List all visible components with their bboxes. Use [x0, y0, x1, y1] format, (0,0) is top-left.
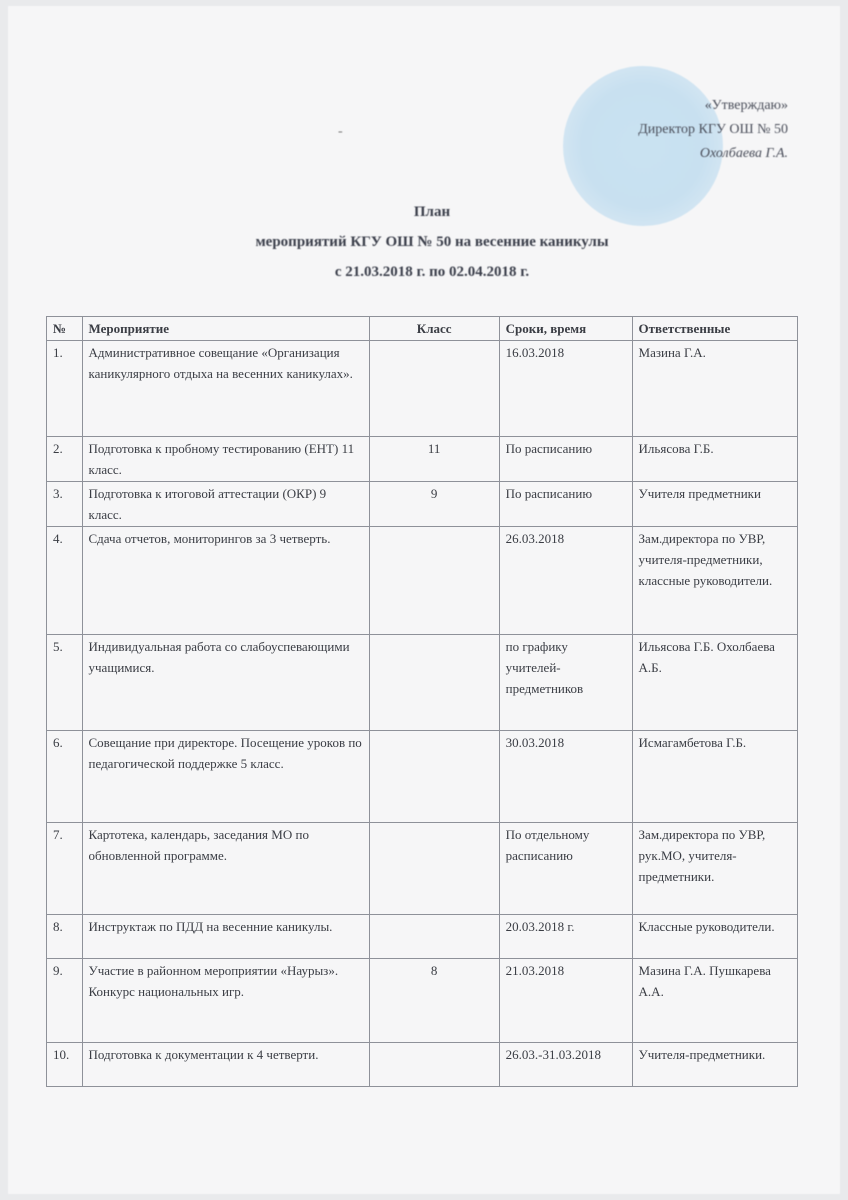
table-row: 6.Совещание при директоре. Посещение уро… [47, 731, 798, 823]
header-class: Класс [369, 317, 499, 341]
document-title: План [8, 204, 848, 221]
row-number: 4. [47, 527, 83, 635]
row-event: Индивидуальная работа со слабоуспевающим… [82, 635, 369, 731]
row-number: 9. [47, 959, 83, 1043]
row-date: 26.03.-31.03.2018 [499, 1043, 632, 1087]
approval-line-3: Охолбаева Г.А. [548, 142, 788, 166]
document-subtitle: мероприятий КГУ ОШ № 50 на весенние кани… [8, 234, 848, 251]
approval-block: «Утверждаю» Директор КГУ ОШ № 50 Охолбае… [548, 94, 788, 166]
document-date-range: с 21.03.2018 г. по 02.04.2018 г. [8, 264, 848, 281]
row-event: Сдача отчетов, мониторингов за 3 четверт… [82, 527, 369, 635]
row-class: 8 [369, 959, 499, 1043]
row-number: 6. [47, 731, 83, 823]
table-row: 4.Сдача отчетов, мониторингов за 3 четве… [47, 527, 798, 635]
row-class [369, 341, 499, 437]
row-responsible: Исмагамбетова Г.Б. [632, 731, 797, 823]
row-event: Административное совещание «Организация … [82, 341, 369, 437]
row-responsible: Учителя предметники [632, 482, 797, 527]
row-date: по графику учителей-предметников [499, 635, 632, 731]
row-date: 20.03.2018 г. [499, 915, 632, 959]
table-row: 1.Административное совещание «Организаци… [47, 341, 798, 437]
row-date: 30.03.2018 [499, 731, 632, 823]
row-class [369, 635, 499, 731]
row-event: Участие в районном мероприятии «Наурыз».… [82, 959, 369, 1043]
row-date: По расписанию [499, 437, 632, 482]
row-event: Инструктаж по ПДД на весенние каникулы. [82, 915, 369, 959]
row-responsible: Мазина Г.А. Пушкарева А.А. [632, 959, 797, 1043]
row-number: 10. [47, 1043, 83, 1087]
table-row: 8.Инструктаж по ПДД на весенние каникулы… [47, 915, 798, 959]
row-number: 1. [47, 341, 83, 437]
row-number: 2. [47, 437, 83, 482]
approval-line-2: Директор КГУ ОШ № 50 [548, 118, 788, 142]
header-responsible: Ответственные [632, 317, 797, 341]
table-row: 10.Подготовка к документации к 4 четверт… [47, 1043, 798, 1087]
events-table: № Мероприятие Класс Сроки, время Ответст… [46, 316, 798, 1087]
row-event: Подготовка к документации к 4 четверти. [82, 1043, 369, 1087]
table-row: 7.Картотека, календарь, заседания МО по … [47, 823, 798, 915]
row-event: Подготовка к пробному тестированию (ЕНТ)… [82, 437, 369, 482]
row-responsible: Классные руководители. [632, 915, 797, 959]
row-number: 8. [47, 915, 83, 959]
row-number: 5. [47, 635, 83, 731]
header-number: № [47, 317, 83, 341]
row-responsible: Мазина Г.А. [632, 341, 797, 437]
row-class [369, 731, 499, 823]
stray-mark: - [338, 124, 343, 140]
table-row: 3.Подготовка к итоговой аттестации (ОКР)… [47, 482, 798, 527]
row-responsible: Ильясова Г.Б. [632, 437, 797, 482]
row-date: 16.03.2018 [499, 341, 632, 437]
row-class: 11 [369, 437, 499, 482]
row-class [369, 527, 499, 635]
row-class [369, 823, 499, 915]
row-event: Картотека, календарь, заседания МО по об… [82, 823, 369, 915]
row-event: Подготовка к итоговой аттестации (ОКР) 9… [82, 482, 369, 527]
table-row: 2.Подготовка к пробному тестированию (ЕН… [47, 437, 798, 482]
row-date: По расписанию [499, 482, 632, 527]
row-responsible: Ильясова Г.Б. Охолбаева А.Б. [632, 635, 797, 731]
row-number: 3. [47, 482, 83, 527]
table-row: 9.Участие в районном мероприятии «Наурыз… [47, 959, 798, 1043]
row-date: По отдельному расписанию [499, 823, 632, 915]
row-responsible: Учителя-предметники. [632, 1043, 797, 1087]
row-number: 7. [47, 823, 83, 915]
row-class: 9 [369, 482, 499, 527]
row-class [369, 1043, 499, 1087]
row-responsible: Зам.директора по УВР, рук.МО, учителя-пр… [632, 823, 797, 915]
approval-line-1: «Утверждаю» [548, 94, 788, 118]
header-event: Мероприятие [82, 317, 369, 341]
header-date: Сроки, время [499, 317, 632, 341]
row-date: 26.03.2018 [499, 527, 632, 635]
row-class [369, 915, 499, 959]
row-date: 21.03.2018 [499, 959, 632, 1043]
row-responsible: Зам.директора по УВР, учителя-предметник… [632, 527, 797, 635]
row-event: Совещание при директоре. Посещение уроко… [82, 731, 369, 823]
table-header-row: № Мероприятие Класс Сроки, время Ответст… [47, 317, 798, 341]
table-row: 5.Индивидуальная работа со слабоуспевающ… [47, 635, 798, 731]
